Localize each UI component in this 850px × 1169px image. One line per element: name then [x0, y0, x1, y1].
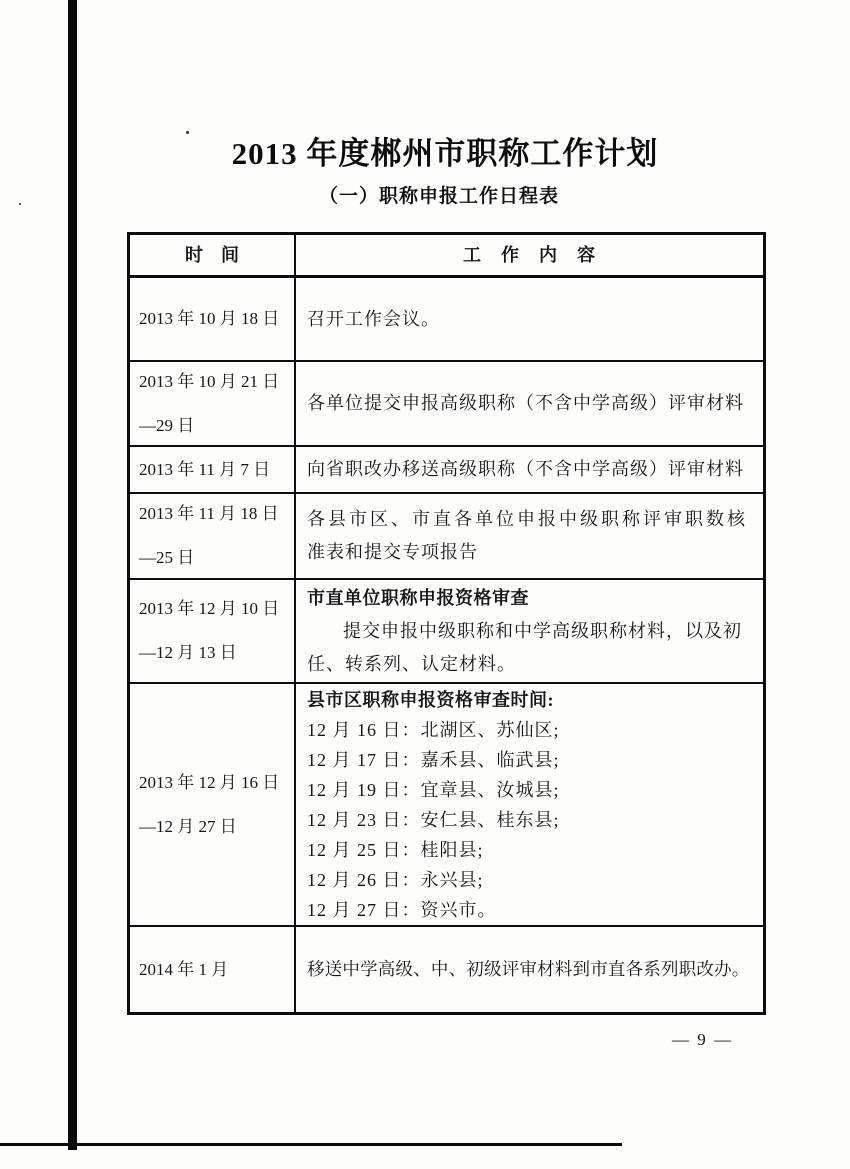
content-cell: 向省职改办移送高级职称（不含中学高级）评审材料: [296, 447, 763, 492]
table-row: 2013 年 12 月 10 日 —12 月 13 日 市直单位职称申报资格审查…: [130, 580, 763, 684]
time-text: 2013 年 12 月 10 日: [139, 587, 290, 631]
table-row: 2013 年 10 月 21 日 —29 日 各单位提交申报高级职称（不含中学高…: [130, 362, 763, 447]
time-text: —12 月 13 日: [139, 631, 290, 675]
column-header-content: 工 作 内 容: [296, 235, 763, 275]
content-line: 12 月 26 日：永兴县;: [307, 865, 757, 895]
table-row: 2013 年 11 月 7 日 向省职改办移送高级职称（不含中学高级）评审材料: [130, 447, 763, 494]
content-line: 准表和提交专项报告: [307, 536, 757, 569]
time-text: 2014 年 1 月: [139, 948, 290, 992]
time-text: 2013 年 11 月 7 日: [139, 448, 290, 492]
time-cell: 2013 年 12 月 10 日 —12 月 13 日: [130, 580, 296, 682]
content-line: 各单位提交申报高级职称（不含中学高级）评审材料: [307, 387, 757, 420]
time-text: 2013 年 10 月 21 日: [139, 360, 290, 404]
time-cell: 2013 年 11 月 7 日: [130, 447, 296, 492]
schedule-table: 时 间 工 作 内 容 2013 年 10 月 18 日 召开工作会议。 201…: [127, 232, 766, 1015]
time-text: —29 日: [139, 404, 290, 448]
content-line: 12 月 19 日：宜章县、汝城县;: [307, 775, 757, 805]
time-text: 2013 年 12 月 16 日: [139, 761, 290, 805]
content-line: 12 月 23 日：安仁县、桂东县;: [307, 805, 757, 835]
time-text: 2013 年 11 月 18 日: [139, 492, 290, 536]
document-title: 2013 年度郴州市职称工作计划: [40, 128, 850, 173]
document-subtitle: （一）职称申报工作日程表: [28, 181, 850, 208]
content-cell: 各县市区、市直各单位申报中级职称评审职数核 准表和提交专项报告: [296, 494, 763, 578]
content-line: 12 月 16 日：北湖区、苏仙区;: [307, 715, 757, 745]
content-cell: 各单位提交申报高级职称（不含中学高级）评审材料: [296, 362, 763, 445]
table-row: 2013 年 11 月 18 日 —25 日 各县市区、市直各单位申报中级职称评…: [130, 494, 763, 580]
content-line: 移送中学高级、中、初级评审材料到市直各系列职改办。: [307, 953, 757, 986]
scan-bottom-line-artifact: [0, 1143, 622, 1146]
scan-speck: [19, 203, 21, 205]
content-cell: 召开工作会议。: [296, 278, 763, 360]
time-cell: 2014 年 1 月: [130, 927, 296, 1012]
content-line: 任、转系列、认定材料。: [307, 648, 757, 681]
content-cell: 移送中学高级、中、初级评审材料到市直各系列职改办。: [296, 927, 763, 1012]
table-row: 2013 年 12 月 16 日 —12 月 27 日 县市区职称申报资格审查时…: [130, 684, 763, 927]
content-line: 12 月 27 日：资兴市。: [307, 895, 757, 925]
table-row: 2013 年 10 月 18 日 召开工作会议。: [130, 278, 763, 362]
content-line: 市直单位职称申报资格审查: [307, 582, 757, 615]
time-text: —25 日: [139, 536, 290, 580]
time-text: 2013 年 10 月 18 日: [139, 297, 290, 341]
time-cell: 2013 年 10 月 18 日: [130, 278, 296, 360]
content-cell: 市直单位职称申报资格审查 提交申报中级职称和中学高级职称材料，以及初 任、转系列…: [296, 580, 763, 682]
content-line: 12 月 17 日：嘉禾县、临武县;: [307, 745, 757, 775]
table-row: 2014 年 1 月 移送中学高级、中、初级评审材料到市直各系列职改办。: [130, 927, 763, 1012]
time-cell: 2013 年 12 月 16 日 —12 月 27 日: [130, 684, 296, 925]
content-line: 提交申报中级职称和中学高级职称材料，以及初: [307, 615, 757, 648]
content-line: 各县市区、市直各单位申报中级职称评审职数核: [307, 503, 757, 536]
column-header-time: 时 间: [130, 235, 296, 275]
page-number: — 9 —: [672, 1030, 733, 1050]
content-line: 县市区职称申报资格审查时间:: [307, 685, 757, 715]
time-cell: 2013 年 11 月 18 日 —25 日: [130, 494, 296, 578]
content-line: 召开工作会议。: [307, 303, 757, 336]
content-line: 向省职改办移送高级职称（不含中学高级）评审材料: [307, 453, 757, 486]
time-text: —12 月 27 日: [139, 805, 290, 849]
time-cell: 2013 年 10 月 21 日 —29 日: [130, 362, 296, 445]
table-header-row: 时 间 工 作 内 容: [130, 235, 763, 278]
content-cell: 县市区职称申报资格审查时间: 12 月 16 日：北湖区、苏仙区; 12 月 1…: [296, 684, 763, 925]
content-line: 12 月 25 日：桂阳县;: [307, 835, 757, 865]
